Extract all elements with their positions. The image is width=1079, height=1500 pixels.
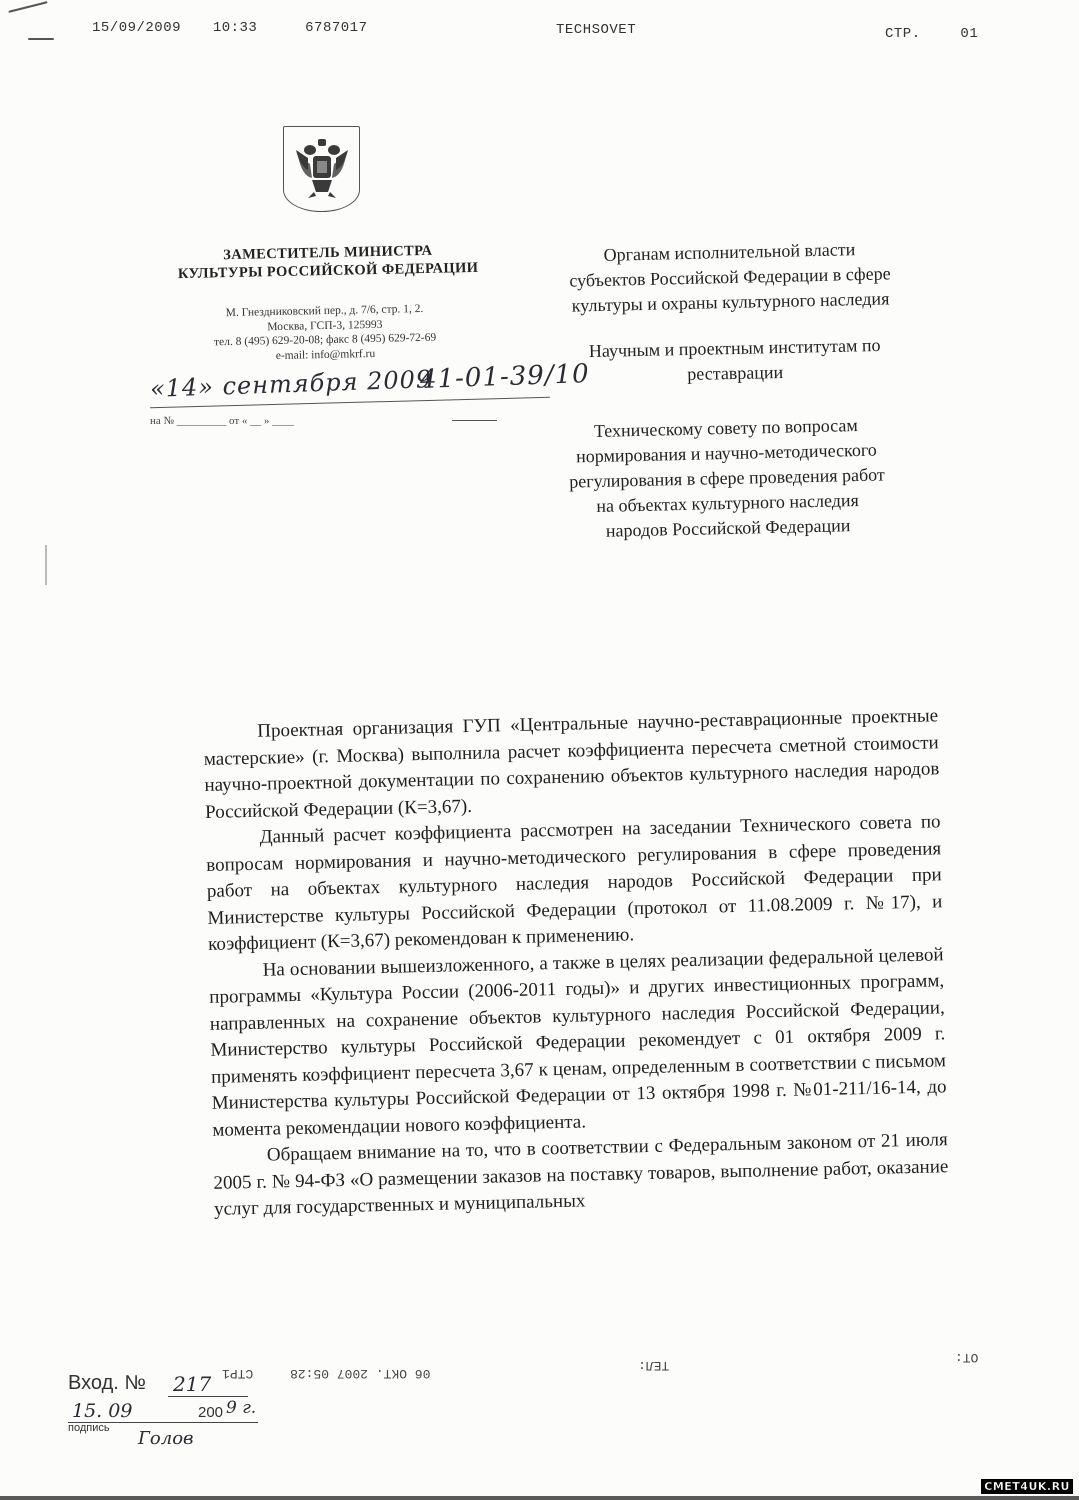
fax-number: 6787017 [305, 20, 367, 36]
addressee-executive-authorities: Органам исполнительной власти субъектов … [519, 235, 941, 320]
mirrored-fax-tel: ТЕЛ: [638, 1358, 669, 1373]
addressee-technical-council: Техническому совету по вопросам нормиров… [521, 411, 934, 545]
body-paragraph-3: На основании вышеизложенного, а также в … [208, 942, 947, 1144]
site-watermark: CMET4UK.RU [981, 1479, 1073, 1494]
double-headed-eagle-icon [292, 136, 352, 202]
mirrored-fax-from: ОТ: [955, 1350, 978, 1365]
fax-page-label: СТР. [885, 26, 921, 42]
fax-date: 15/09/2009 [92, 20, 181, 36]
fax-header: 15/09/2009 10:33 6787017 [92, 20, 367, 36]
incoming-year-handwritten: 9 г. [226, 1398, 256, 1418]
signature-label: подпись [68, 1422, 110, 1434]
scan-margin-mark [45, 545, 47, 585]
signature-handwritten: Голов [138, 1428, 194, 1449]
reply-reference-dash [452, 420, 497, 421]
incoming-date-handwritten: 15. 09 [72, 1400, 132, 1422]
pen-mark [8, 1, 47, 13]
body-paragraph-1: Проектная организация ГУП «Центральные н… [203, 703, 940, 826]
sender-address: М. Гнездниковский пер., д. 7/6, стр. 1, … [174, 301, 475, 365]
fax-sender-id: TECHSOVET [556, 22, 636, 38]
letter-body: Проектная организация ГУП «Центральные н… [203, 703, 949, 1223]
incoming-registration-stamp: Вход. № 217 15. 09 200 9 г. подпись Голо… [68, 1372, 268, 1452]
body-paragraph-2: Данный расчет коэффициента рассмотрен на… [205, 809, 943, 958]
incoming-number-handwritten: 217 [173, 1372, 211, 1396]
fax-page-number: 01 [960, 26, 978, 42]
mirrored-fax-datetime: 06 ОКТ. 2007 05:28 [290, 1366, 430, 1381]
scan-bottom-edge [0, 1496, 1079, 1500]
incoming-year-printed: 200 [198, 1404, 223, 1421]
russian-coat-of-arms-icon [283, 126, 360, 212]
addressee-research-institutes: Научным и проектным институтам по рестав… [530, 332, 941, 391]
scanned-letter-page: 15/09/2009 10:33 6787017 TECHSOVET СТР. … [0, 0, 1079, 1500]
pen-mark [28, 38, 54, 40]
incoming-number-label: Вход. № [68, 1372, 146, 1394]
fax-page: СТР. 01 [885, 26, 978, 42]
reply-reference: на № _________ от « __ » ____ [150, 415, 294, 427]
fax-time: 10:33 [213, 20, 258, 36]
sender-title: ЗАМЕСТИТЕЛЬ МИНИСТРА КУЛЬТУРЫ РОССИЙСКОЙ… [158, 240, 499, 283]
body-paragraph-4: Обращаем внимание на то, что в соответст… [213, 1127, 950, 1223]
outgoing-date-handwritten: «14» сентября 2009 [150, 365, 433, 403]
